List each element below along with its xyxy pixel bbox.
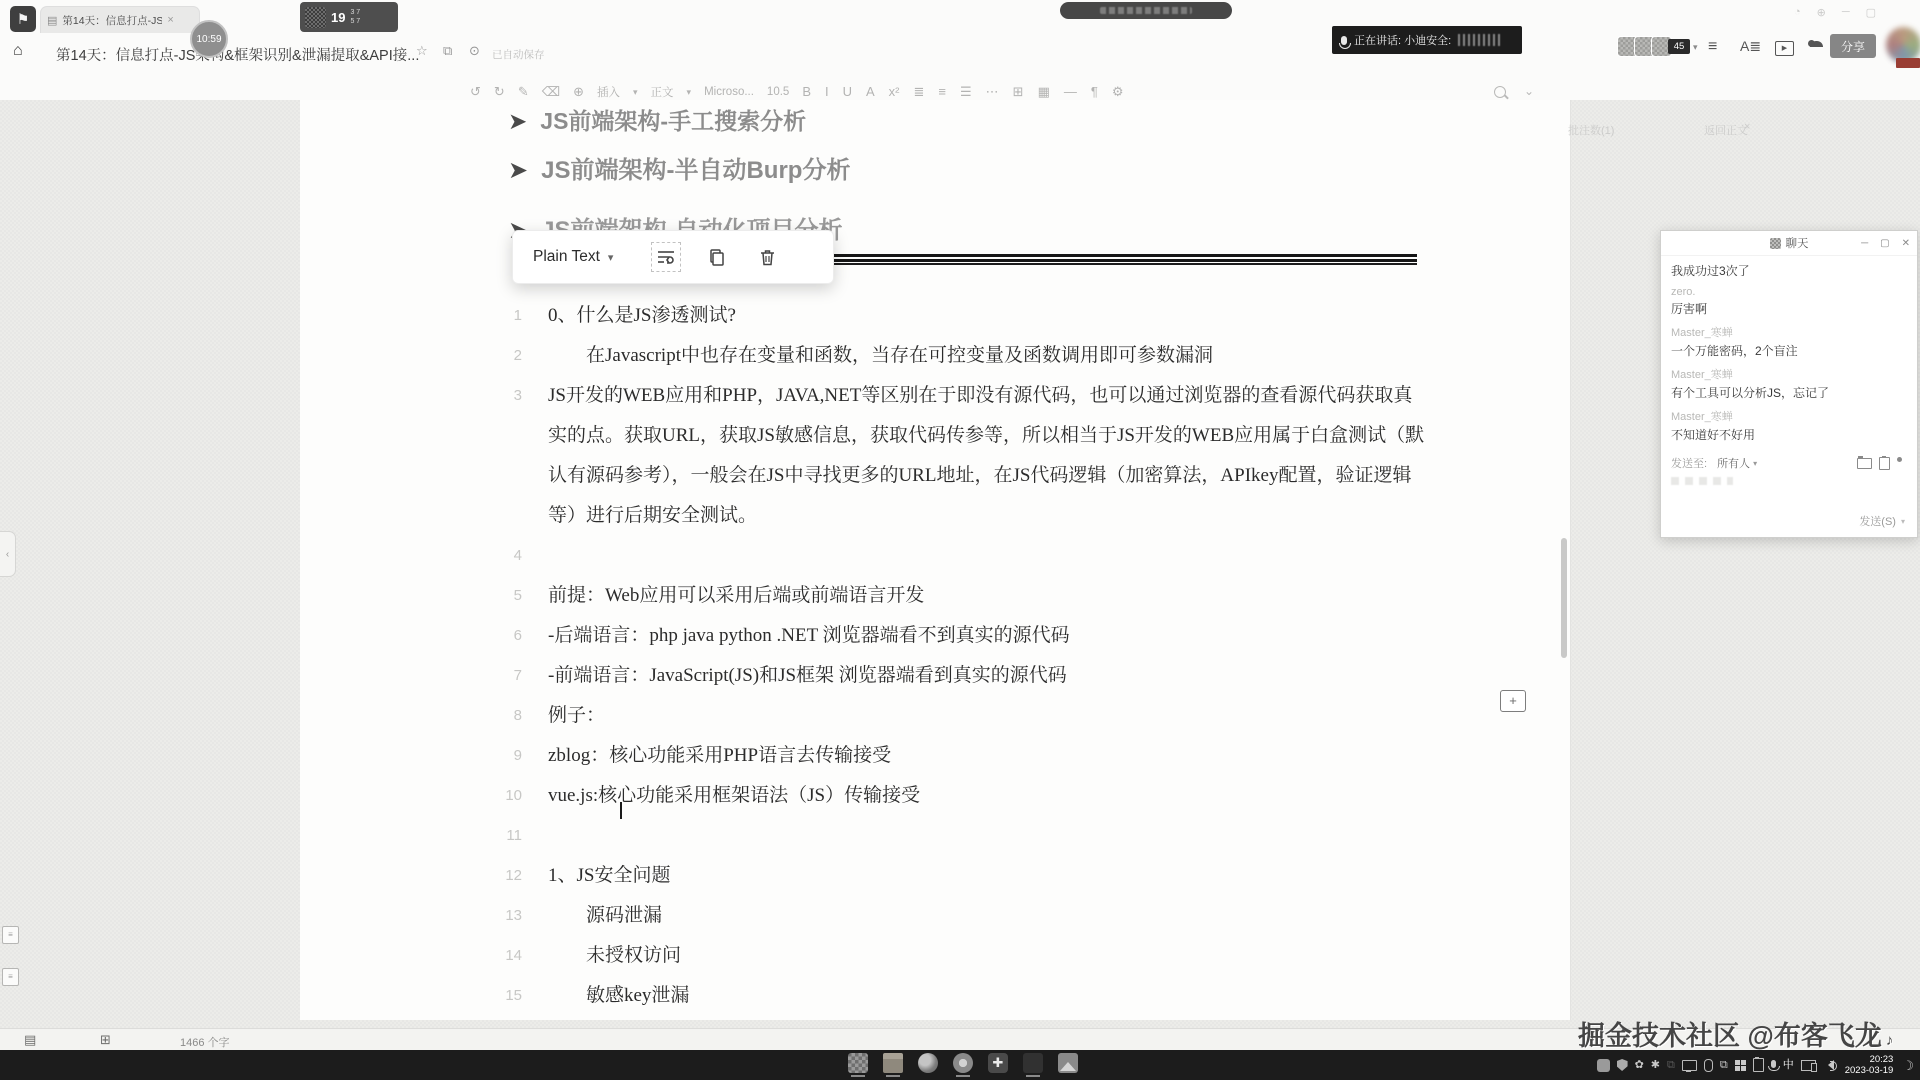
duplicate-icon[interactable]: ⧉	[443, 43, 452, 59]
sidebar-collapse-handle[interactable]: ‹	[0, 531, 16, 577]
heading-1[interactable]: ➤ JS前端架构-手工搜索分析	[508, 103, 806, 136]
red-badge	[1896, 58, 1920, 68]
outline-icon[interactable]: ▤	[24, 1032, 36, 1048]
clock-time: 20:23	[1845, 1054, 1894, 1065]
line-text[interactable]	[548, 816, 1428, 856]
corner-icon[interactable]: ─	[1842, 6, 1850, 19]
chat-input-field[interactable]	[1671, 477, 1733, 485]
voice-session-bar[interactable]: 正在讲话: 小迪安全:	[1332, 26, 1522, 54]
line-text[interactable]: 1、JS安全问题	[548, 856, 1428, 896]
format-icon[interactable]: ⚙	[1112, 84, 1124, 100]
dim-tray-icon[interactable]: ⧉	[1667, 1060, 1675, 1071]
chat-message: Master_寒蝉 一个万能密码，2个盲注	[1671, 324, 1907, 359]
chrome-browser-icon[interactable]	[953, 1053, 973, 1073]
chat-close-icon[interactable]: ✕	[1902, 238, 1910, 249]
watermark: 掘金技术社区 @布客飞龙♪	[1578, 1014, 1893, 1053]
voice-session-text: 正在讲话: 小迪安全:	[1354, 32, 1451, 48]
code-line[interactable]: 11	[488, 816, 1428, 856]
music-note-icon: ♪	[1886, 1032, 1894, 1049]
settings-flower-icon[interactable]: ✿	[1635, 1060, 1644, 1071]
overlay-big-number: 19	[331, 10, 345, 25]
chat-message-list[interactable]: 我成功过3次了 zero. 厉害啊 Master_寒蝉 一个万能密码，2个盲注 …	[1661, 256, 1917, 443]
chat-text: 一个万能密码，2个盲注	[1671, 342, 1907, 359]
send-to-caret-icon[interactable]: ▾	[1753, 459, 1757, 468]
screenshot-icon[interactable]	[1879, 457, 1890, 470]
browser-tab[interactable]: ▤ 第14天：信息打点-JS架... ×	[40, 6, 200, 33]
mouse-icon[interactable]	[1704, 1059, 1713, 1072]
edge-browser-icon[interactable]	[918, 1053, 938, 1073]
format-icon[interactable]: ⊞	[1013, 84, 1024, 100]
font-size-select[interactable]: 10.5	[767, 86, 789, 98]
language-caret-icon[interactable]: ▾	[608, 251, 614, 264]
overlay-row-bottom: 5 7	[350, 17, 360, 26]
line-number: 6	[488, 616, 522, 656]
format-group[interactable]: BIUAx²≣≡☰⋯⊞▦—¶⚙	[802, 84, 1123, 100]
history-icon[interactable]: ⊙	[469, 43, 480, 59]
wrap-text-icon[interactable]	[651, 242, 681, 272]
document-title: 第14天：信息打点-JS架构&框架识别&泄漏提取&API接...	[56, 44, 419, 65]
chat-username: Master_寒蝉	[1671, 366, 1907, 382]
floating-tool-button[interactable]: ≡	[2, 926, 19, 944]
line-text[interactable]: 0、什么是JS渗透测试?	[548, 296, 1428, 336]
format-icon[interactable]: ≡	[938, 84, 946, 100]
windows-widget-icon[interactable]	[1735, 1060, 1746, 1071]
volume-icon[interactable]	[1823, 1060, 1834, 1070]
send-to-row: 发送至: 所有人 ▾	[1671, 455, 1909, 471]
chat-title: 聊天	[1786, 235, 1809, 251]
corner-icon[interactable]: ⊕	[1817, 6, 1826, 19]
send-button[interactable]: 发送(S) ▾	[1859, 513, 1905, 529]
system-tray[interactable]: ✿ ✱ ⧉ ⧉ 中 20:23 2023-03-19 ☽	[1540, 1050, 1920, 1080]
app-grid-icon[interactable]	[848, 1053, 868, 1073]
tray-microphone-icon[interactable]	[1771, 1060, 1776, 1068]
format-icon[interactable]: ¶	[1091, 84, 1098, 100]
microphone-icon	[1341, 36, 1347, 45]
voice-waveform	[1458, 34, 1502, 46]
line-number: 7	[488, 656, 522, 696]
chat-username: zero.	[1671, 286, 1907, 298]
text-cursor	[620, 802, 622, 819]
search-icon[interactable]	[1494, 86, 1506, 98]
format-icon[interactable]: B	[802, 84, 811, 100]
clock-date: 2023-03-19	[1845, 1065, 1894, 1076]
line-number: 10	[488, 776, 522, 816]
toolbar-icon[interactable]: ⌫	[542, 84, 560, 100]
insert-plus-icon[interactable]: ⊕	[573, 84, 584, 100]
floating-tool-button[interactable]: ≡	[2, 968, 19, 986]
line-number: 5	[488, 576, 522, 616]
chat-maximize-icon[interactable]: ▢	[1880, 238, 1889, 249]
menu-icon[interactable]: ≡	[1708, 38, 1717, 56]
clipboard-icon[interactable]	[1753, 1058, 1764, 1072]
collaborator-avatars[interactable]	[1621, 36, 1672, 57]
heading-text: JS前端架构-手工搜索分析	[540, 103, 806, 136]
line-text[interactable]: -后端语言：php java python .NET 浏览器端看不到真实的源代码	[548, 616, 1428, 656]
security-shield-icon[interactable]	[1617, 1059, 1628, 1071]
toolbar-icon[interactable]: ✎	[518, 84, 529, 100]
floating-timer[interactable]: 10:59	[190, 20, 228, 58]
send-button-label: 发送(S)	[1859, 513, 1896, 529]
format-icon[interactable]: x²	[889, 84, 900, 100]
undo-redo-group[interactable]: ↺↻✎⌫	[470, 84, 560, 100]
chat-text: 有个工具可以分析JS，忘记了	[1671, 384, 1907, 401]
language-select[interactable]: Plain Text	[533, 248, 600, 266]
chat-minimize-icon[interactable]: ─	[1861, 238, 1868, 249]
format-icon[interactable]: ▦	[1038, 84, 1050, 100]
delete-icon[interactable]	[753, 243, 781, 271]
grid-icon[interactable]: ⊞	[100, 1032, 111, 1048]
format-icon[interactable]: A	[866, 84, 875, 100]
add-comment-button[interactable]: +	[1500, 690, 1526, 712]
chat-message: zero. 厉害啊	[1671, 286, 1907, 317]
chat-window[interactable]: 聊天 ─ ▢ ✕ 我成功过3次了 zero. 厉害啊 Master_寒蝉 一个万…	[1660, 230, 1918, 538]
line-number: 4	[488, 536, 522, 576]
corner-icon[interactable]: ▢	[1866, 6, 1876, 19]
format-icon[interactable]: —	[1064, 84, 1077, 100]
document-canvas[interactable]: ➤ JS前端架构-手工搜索分析 ➤ JS前端架构-半自动Burp分析 ➤ JS前…	[300, 100, 1571, 1020]
line-text[interactable]: 在Javascript中也存在变量和函数，当存在可控变量及函数调用即可参数漏洞	[548, 336, 1428, 376]
line-text[interactable]: 敏感key泄漏	[548, 976, 1428, 1016]
blurred-overlay-pill	[1060, 2, 1232, 19]
tab-doc-icon: ▤	[47, 14, 57, 27]
line-number: 11	[488, 816, 522, 856]
editor-toolbar: ↺↻✎⌫ ⊕ 插入 ▾ 正文 ▾ Microso... 10.5 BIUAx²≣…	[470, 84, 1124, 100]
autosave-status: 已自动保存	[492, 47, 545, 62]
code-line[interactable]: 5 前提：Web应用可以采用后端或前端语言开发	[488, 576, 1428, 616]
line-number: 14	[488, 936, 522, 976]
line-number: 12	[488, 856, 522, 896]
toolbar-icon[interactable]: ↺	[470, 84, 481, 100]
line-text[interactable]: 前提：Web应用可以采用后端或前端语言开发	[548, 576, 1428, 616]
photos-app-icon[interactable]	[1058, 1053, 1078, 1073]
copy-icon[interactable]	[703, 243, 731, 271]
back-to-text-link[interactable]: 返回正文	[1704, 122, 1748, 138]
code-line[interactable]: 8 例子：	[488, 696, 1428, 736]
format-icon[interactable]: I	[825, 84, 829, 100]
taskbar-apps[interactable]: ✚	[848, 1053, 1078, 1073]
chat-titlebar[interactable]: 聊天 ─ ▢ ✕	[1661, 231, 1917, 256]
overlay-row-top: 3 7	[350, 8, 360, 17]
perf-monitor-overlay: 19 3 75 7	[300, 2, 398, 32]
line-number: 1	[488, 296, 522, 336]
code-line[interactable]: 10 vue.js:核心功能采用框架语法（JS）传输接受	[488, 776, 1428, 816]
heading-2[interactable]: ➤ JS前端架构-半自动Burp分析	[508, 150, 850, 185]
line-text[interactable]	[548, 536, 1428, 576]
insert-button[interactable]: 插入	[597, 84, 620, 100]
line-text[interactable]: JS开发的WEB应用和PHP，JAVA,NET等区别在于即没有源代码，也可以通过…	[548, 376, 1428, 536]
line-number: 2	[488, 336, 522, 376]
paragraph-style-select[interactable]: 正文	[651, 84, 674, 100]
line-text[interactable]: 未授权访问	[548, 936, 1428, 976]
file-explorer-icon[interactable]	[883, 1053, 903, 1073]
format-icon[interactable]: U	[843, 84, 852, 100]
overlay-thumb	[305, 7, 326, 28]
insert-caret-icon: ▾	[633, 87, 638, 98]
word-count: 1466 个字	[180, 1034, 230, 1050]
meeting-app-icon[interactable]: ✚	[988, 1053, 1008, 1073]
line-text[interactable]: vue.js:核心功能采用框架语法（JS）传输接受	[548, 776, 1428, 816]
chat-username: Master_寒蝉	[1671, 408, 1907, 424]
send-file-icon[interactable]	[1857, 458, 1872, 469]
code-line[interactable]: 14 未授权访问	[488, 936, 1428, 976]
watermark-text: 掘金技术社区 @布客飞龙	[1578, 1021, 1882, 1051]
heading-text: JS前端架构-半自动Burp分析	[541, 150, 850, 185]
star-icon[interactable]: ☆	[416, 43, 428, 59]
send-to-select[interactable]: 所有人	[1717, 455, 1750, 471]
typography-icon[interactable]: A≣	[1740, 38, 1761, 55]
chat-username: Master_寒蝉	[1671, 324, 1907, 340]
present-mode-icon[interactable]: ▶	[1775, 41, 1794, 56]
code-block-toolbar[interactable]: Plain Text ▾	[512, 230, 834, 284]
code-line[interactable]: 3 JS开发的WEB应用和PHP，JAVA,NET等区别在于即没有源代码，也可以…	[488, 376, 1428, 536]
code-line[interactable]: 12 1、JS安全问题	[488, 856, 1428, 896]
code-line[interactable]: 15 敏感key泄漏	[488, 976, 1428, 1016]
code-line[interactable]: 9 zblog：核心功能采用PHP语言去传输接受	[488, 736, 1428, 776]
share-user-icon[interactable]	[1808, 40, 1824, 56]
line-text[interactable]: zblog：核心功能采用PHP语言去传输接受	[548, 736, 1428, 776]
chat-app-icon	[1770, 238, 1781, 249]
browser-chrome: ⚑ ▤ 第14天：信息打点-JS架... × ⌂ 第14天：信息打点-JS架构&…	[0, 0, 1920, 100]
chat-text: 我成功过3次了	[1671, 262, 1907, 279]
heading-arrow-icon: ➤	[508, 156, 528, 185]
code-line[interactable]: 13 源码泄漏	[488, 896, 1428, 936]
home-icon[interactable]: ⌂	[13, 42, 23, 60]
inactive-app-icon[interactable]	[1023, 1053, 1043, 1073]
line-number: 15	[488, 976, 522, 1016]
line-text[interactable]: 源码泄漏	[548, 896, 1428, 936]
tray-clock[interactable]: 20:23 2023-03-19	[1845, 1054, 1894, 1076]
line-text[interactable]: -前端语言：JavaScript(JS)和JS框架 浏览器端看到真实的源代码	[548, 656, 1428, 696]
line-number: 3	[488, 376, 522, 536]
format-icon[interactable]: ⋯	[986, 84, 999, 100]
display-icon[interactable]	[1682, 1060, 1697, 1071]
member-caret-icon[interactable]: ▾	[1693, 42, 1698, 53]
cast-to-device-icon[interactable]	[1801, 1060, 1816, 1071]
heading-arrow-icon: ➤	[508, 108, 527, 135]
toolbar-collapse-icon[interactable]: ⌄	[1524, 84, 1534, 98]
caret-icon: ▾	[687, 87, 692, 98]
chat-message: Master_寒蝉 有个工具可以分析JS，忘记了	[1671, 366, 1907, 401]
windows-taskbar[interactable]: ✚ ✿ ✱ ⧉ ⧉ 中 20:23 2023-03-19 ☽	[0, 1050, 1920, 1080]
font-name-select[interactable]: Microso...	[704, 86, 754, 98]
chat-text: 不知道好不好用	[1671, 426, 1907, 443]
annotation-count[interactable]: 批注数(1)	[1568, 122, 1614, 138]
send-caret-icon[interactable]: ▾	[1901, 517, 1905, 526]
format-icon[interactable]: ☰	[960, 84, 972, 100]
line-number: 13	[488, 896, 522, 936]
code-line[interactable]: 2 在Javascript中也存在变量和函数，当存在可控变量及函数调用即可参数漏…	[488, 336, 1428, 376]
app-logo-icon[interactable]: ⚑	[10, 6, 36, 32]
mention-user-icon[interactable]	[1897, 457, 1909, 469]
ime-indicator[interactable]: 中	[1783, 1060, 1794, 1071]
code-line[interactable]: 7 -前端语言：JavaScript(JS)和JS框架 浏览器端看到真实的源代码	[488, 656, 1428, 696]
format-icon[interactable]: ≣	[914, 84, 925, 100]
corner-icon[interactable]: ◔	[1794, 6, 1801, 19]
tab-close-icon[interactable]: ×	[167, 14, 173, 26]
window-corner-icons: ◔⊕─▢	[1794, 6, 1876, 19]
line-number: 8	[488, 696, 522, 736]
annotation-close-icon[interactable]: ×	[1744, 121, 1750, 133]
line-number: 9	[488, 736, 522, 776]
member-count-badge[interactable]: 45	[1668, 39, 1690, 54]
tray-app-icon[interactable]	[1597, 1059, 1610, 1072]
tab-title: 第14天：信息打点-JS架...	[62, 13, 162, 28]
night-mode-moon-icon[interactable]: ☽	[1902, 1059, 1914, 1072]
layers-icon[interactable]: ⧉	[1720, 1060, 1728, 1071]
chat-text: 厉害啊	[1671, 300, 1907, 317]
toolbar-icon[interactable]: ↻	[494, 84, 505, 100]
bug-icon[interactable]: ✱	[1651, 1060, 1660, 1071]
code-line[interactable]: 1 0、什么是JS渗透测试?	[488, 296, 1428, 336]
share-button[interactable]: 分享	[1830, 34, 1876, 58]
send-to-label: 发送至:	[1671, 455, 1707, 471]
code-line[interactable]: 4	[488, 536, 1428, 576]
code-line[interactable]: 6 -后端语言：php java python .NET 浏览器端看不到真实的源…	[488, 616, 1428, 656]
canvas-scrollbar-thumb[interactable]	[1561, 538, 1567, 658]
chat-message: Master_寒蝉 不知道好不好用	[1671, 408, 1907, 443]
chat-message: 我成功过3次了	[1671, 262, 1907, 279]
line-text[interactable]: 例子：	[548, 696, 1428, 736]
code-block[interactable]: 1 0、什么是JS渗透测试? 2 在Javascript中也存在变量和函数，当存…	[488, 296, 1428, 1016]
